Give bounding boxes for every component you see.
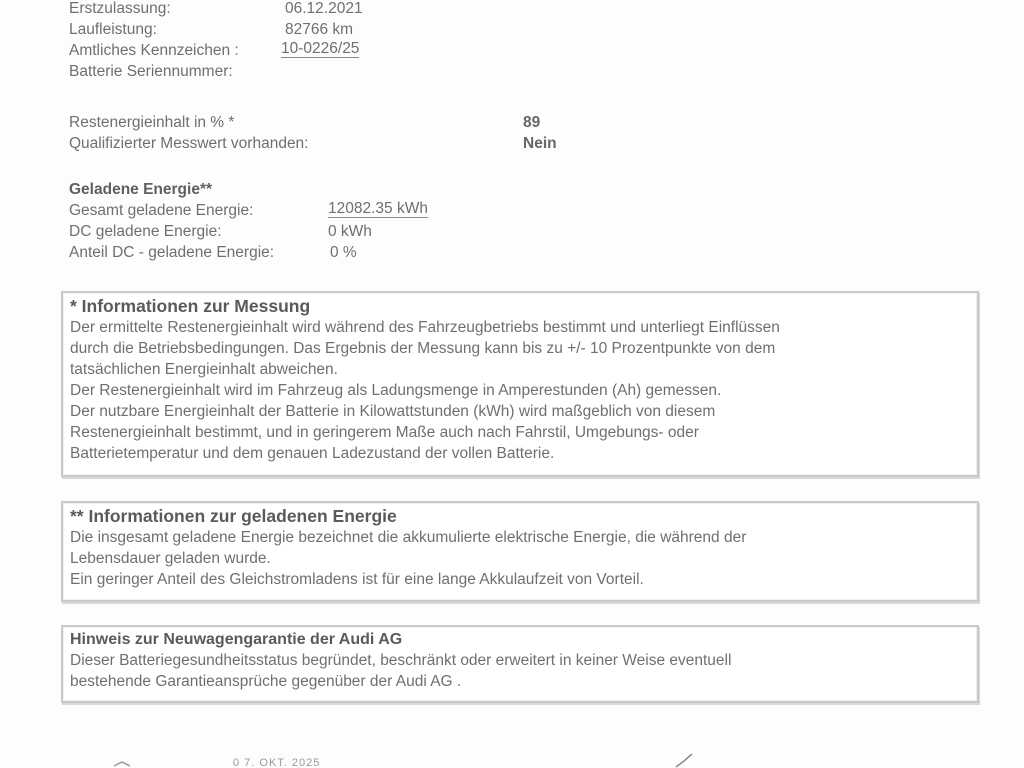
charged-energy-info-box: ** Informationen zur geladenen Energie D… <box>61 501 979 602</box>
total-energy-label: Gesamt geladene Energie: <box>69 200 253 221</box>
dc-share-value: 0 % <box>330 242 357 263</box>
total-energy-row: Gesamt geladene Energie: 12082.35 kWh <box>69 200 212 221</box>
dc-energy-value: 0 kWh <box>328 221 372 242</box>
dc-energy-label: DC geladene Energie: <box>69 221 222 242</box>
measurement-info-line: durch die Betriebsbedingungen. Das Ergeb… <box>70 338 977 359</box>
mileage-value: 82766 km <box>285 19 353 40</box>
charged-energy-info-line: Ein geringer Anteil des Gleichstromladen… <box>70 569 977 590</box>
signature-mark-icon <box>672 752 694 768</box>
license-plate-value: 10-0226/25 <box>281 40 359 58</box>
measurement-info-line: Der ermittelte Restenergieinhalt wird wä… <box>70 317 977 338</box>
warranty-notice-title: Hinweis zur Neuwagengarantie der Audi AG <box>70 629 977 650</box>
charged-energy-info-title: ** Informationen zur geladenen Energie <box>70 505 977 527</box>
measurement-info-box: * Informationen zur Messung Der ermittel… <box>61 291 979 477</box>
battery-serial-label: Batterie Seriennummer: <box>69 61 233 82</box>
measurement-info-line: Der Restenergieinhalt wird im Fahrzeug a… <box>70 380 977 401</box>
measurement-info-title: * Informationen zur Messung <box>70 295 977 317</box>
total-energy-value: 12082.35 kWh <box>328 200 428 218</box>
measurement-info-line: Restenergieinhalt bestimmt, und in gerin… <box>70 422 977 443</box>
measurement-info-line: tatsächlichen Energieinhalt abweichen. <box>70 359 977 380</box>
stamp-date: 0 7. OKT. 2025 <box>233 757 320 768</box>
warranty-notice-line: bestehende Garantieansprüche gegenüber d… <box>70 671 977 692</box>
measurement-info-line: Der nutzbare Energieinhalt der Batterie … <box>70 401 977 422</box>
charged-energy-info-line: Die insgesamt geladene Energie bezeichne… <box>70 527 977 548</box>
residual-energy-label: Restenergieinhalt in % * <box>69 112 234 133</box>
warranty-notice-box: Hinweis zur Neuwagengarantie der Audi AG… <box>61 625 979 703</box>
first-registration-label: Erstzulassung: <box>69 0 171 19</box>
dc-share-label: Anteil DC - geladene Energie: <box>69 242 274 263</box>
charged-energy-heading: Geladene Energie** <box>69 179 212 200</box>
dc-energy-row: DC geladene Energie: 0 kWh <box>69 221 212 242</box>
signature-mark-icon <box>112 752 134 768</box>
qualified-measurement-value: Nein <box>523 133 557 154</box>
measurement-info-line: Batterietemperatur und dem genauen Ladez… <box>70 443 977 464</box>
residual-energy-value: 89 <box>523 112 540 133</box>
charged-energy-info-line: Lebensdauer geladen wurde. <box>70 548 977 569</box>
first-registration-value: 06.12.2021 <box>285 0 363 19</box>
document-page: Erstzulassung: 06.12.2021 Laufleistung: … <box>0 0 1024 768</box>
mileage-label: Laufleistung: <box>69 19 157 40</box>
qualified-measurement-label: Qualifizierter Messwert vorhanden: <box>69 133 309 154</box>
warranty-notice-line: Dieser Batteriegesundheitsstatus begründ… <box>70 650 977 671</box>
dc-share-row: Anteil DC - geladene Energie: 0 % <box>69 242 212 263</box>
license-plate-label: Amtliches Kennzeichen : <box>69 40 239 61</box>
charged-energy: Geladene Energie** Gesamt geladene Energ… <box>69 179 212 263</box>
